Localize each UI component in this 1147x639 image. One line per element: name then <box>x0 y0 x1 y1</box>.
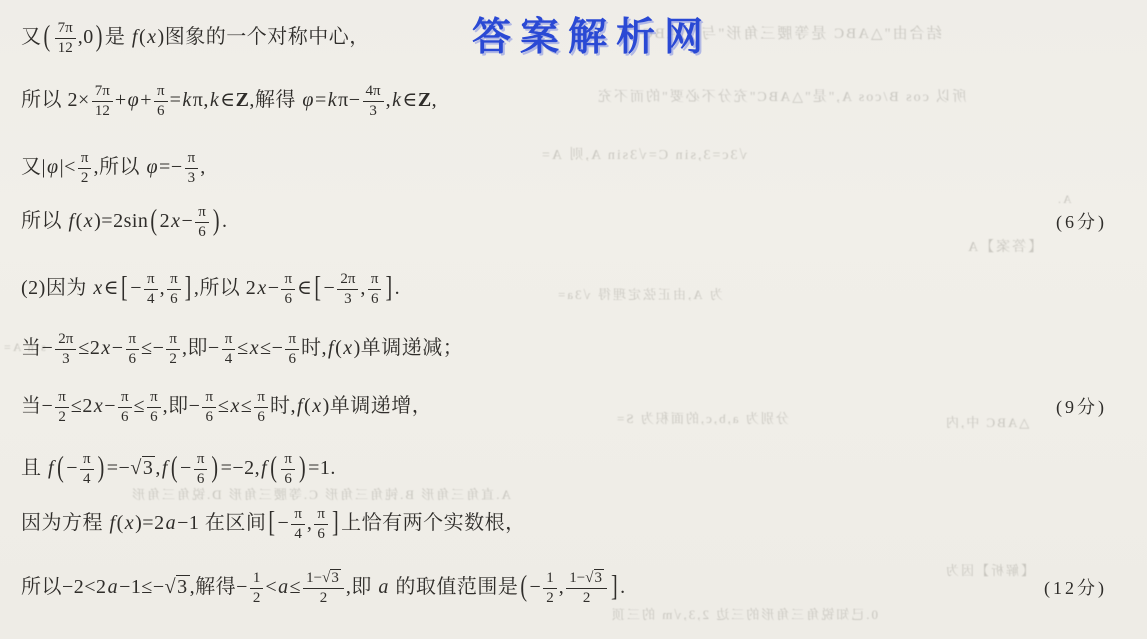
fraction: π6 <box>281 271 295 309</box>
math-text: 当−π2≤2x−π6≤π6,即−π6≤x≤π6时,f(x)单调递增， <box>21 379 432 433</box>
math-text: 所以 2×7π12+φ+π6=kπ,k∈Z,解得 φ=kπ−4π3,k∈Z, <box>21 73 437 127</box>
math-text: 因为方程 f(x)=2a−1 在区间[−π4,π6]上恰有两个实数根， <box>21 496 526 550</box>
solution-line-9: 因为方程 f(x)=2a−1 在区间[−π4,π6]上恰有两个实数根， <box>21 496 1147 550</box>
fraction: 2π3 <box>55 331 76 369</box>
fraction: 1−√32 <box>566 570 607 608</box>
fraction: π3 <box>185 150 199 188</box>
fraction: π4 <box>222 331 236 369</box>
fraction: 7π12 <box>92 83 113 121</box>
fraction: π4 <box>80 451 94 489</box>
math-text: 所以 f(x)=2sin(2x−π6). <box>21 194 228 248</box>
radical: √3 <box>322 569 341 586</box>
math-text: 又|φ|<π2,所以 φ=−π3, <box>21 140 206 194</box>
math-text: 又(7π12,0)是 f(x)图象的一个对称中心， <box>21 10 370 64</box>
fraction: 12 <box>543 570 557 608</box>
math-text: (2)因为 x∈[−π4,π6],所以 2x−π6∈[−2π3,π6]. <box>21 261 400 315</box>
fraction: 1−√32 <box>303 570 344 608</box>
fraction: π6 <box>194 451 208 489</box>
solution-line-8: 且 f(−π4)=−√3,f(−π6)=−2,f(π6)=1. <box>21 441 1147 495</box>
math-text: 当−2π3≤2x−π6≤−π2,即−π4≤x≤−π6时,f(x)单调递减； <box>21 321 463 375</box>
solution-line-5: (2)因为 x∈[−π4,π6],所以 2x−π6∈[−2π3,π6]. <box>21 261 1147 315</box>
solution-line-4: 所以 f(x)=2sin(2x−π6).(6分) <box>21 194 1147 248</box>
fraction: π2 <box>78 150 92 188</box>
fraction: π2 <box>55 389 69 427</box>
fraction: π6 <box>154 83 168 121</box>
fraction: 12 <box>250 570 264 608</box>
fraction: π6 <box>167 271 181 309</box>
fraction: π6 <box>126 331 140 369</box>
fraction: π4 <box>144 271 158 309</box>
solution-line-10: 所以−2<2a−1≤−√3,解得−12<a≤1−√32,即 a 的取值范围是(−… <box>21 560 1147 614</box>
fraction: π6 <box>368 271 382 309</box>
fraction: π6 <box>314 506 328 544</box>
solution-line-2: 所以 2×7π12+φ+π6=kπ,k∈Z,解得 φ=kπ−4π3,k∈Z, <box>21 73 1147 127</box>
solution-line-7: 当−π2≤2x−π6≤π6,即−π6≤x≤π6时,f(x)单调递增，(9分) <box>21 379 1147 433</box>
fraction: π4 <box>291 506 305 544</box>
fraction: 2π3 <box>337 271 358 309</box>
scanned-solution-page: 结合由"△ABC 是等腰三角形"与"△ABC 为 所以 cos B/cos A,… <box>0 0 1147 639</box>
fraction: π6 <box>254 389 268 427</box>
fraction: π6 <box>281 451 295 489</box>
fraction: π6 <box>147 389 161 427</box>
radical: √3 <box>130 456 155 479</box>
math-text: 且 f(−π4)=−√3,f(−π6)=−2,f(π6)=1. <box>21 441 336 495</box>
score-badge: (9分) <box>1056 393 1107 419</box>
score-badge: (6分) <box>1056 208 1107 234</box>
solution-line-6: 当−2π3≤2x−π6≤−π2,即−π4≤x≤−π6时,f(x)单调递减； <box>21 321 1147 375</box>
fraction: π6 <box>195 204 209 242</box>
radical: √3 <box>585 569 604 586</box>
fraction: π2 <box>166 331 180 369</box>
solution-line-1: 又(7π12,0)是 f(x)图象的一个对称中心， <box>21 10 1147 64</box>
fraction: π6 <box>285 331 299 369</box>
fraction: 4π3 <box>363 83 384 121</box>
score-badge: (12分) <box>1044 574 1107 600</box>
fraction: π6 <box>202 389 216 427</box>
solution-line-3: 又|φ|<π2,所以 φ=−π3, <box>21 140 1147 194</box>
fraction: π6 <box>118 389 132 427</box>
fraction: 7π12 <box>55 20 76 58</box>
math-text: 所以−2<2a−1≤−√3,解得−12<a≤1−√32,即 a 的取值范围是(−… <box>21 560 626 614</box>
radical: √3 <box>165 575 190 598</box>
